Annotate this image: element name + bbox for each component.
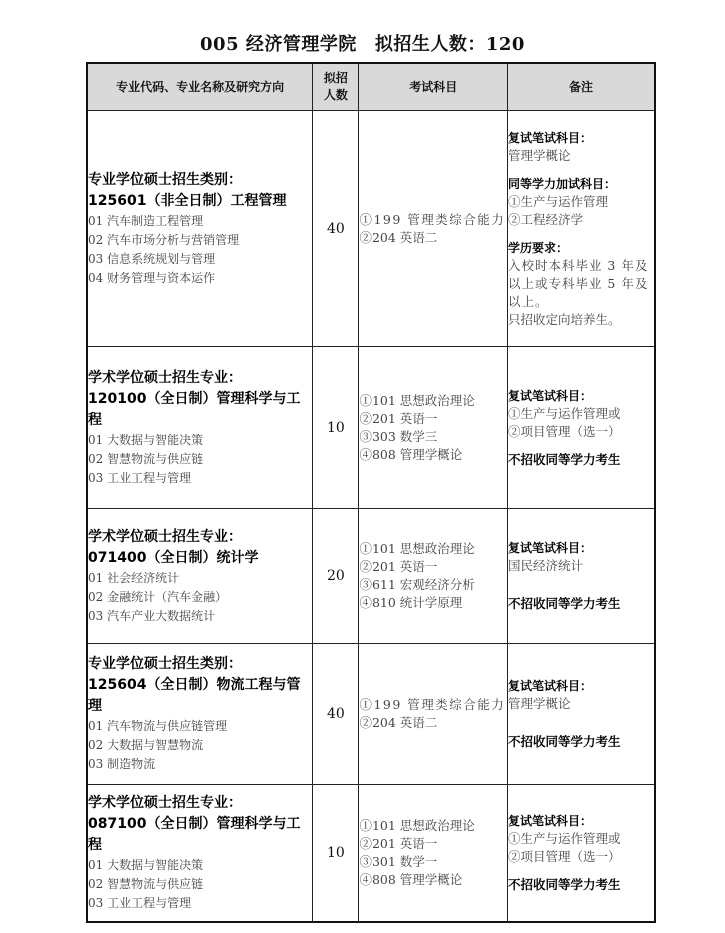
exam-cell: ①199 管理类综合能力 ②204 英语二: [359, 111, 508, 347]
retest-label: 复试笔试科目：: [508, 129, 654, 147]
college-name: 005 经济管理学院: [200, 34, 357, 55]
major-heading: 学术学位硕士招生专业：: [88, 368, 312, 389]
quota-cell: 40: [313, 644, 359, 785]
retest-label: 复试笔试科目：: [508, 387, 654, 405]
direction: 03 工业工程与管理: [88, 469, 312, 488]
direction: 04 财务管理与资本运作: [88, 269, 312, 288]
table-row: 专业学位硕士招生类别： 125601（非全日制）工程管理 01 汽车制造工程管理…: [87, 111, 655, 347]
direction: 01 大数据与智能决策: [88, 856, 312, 875]
exam-subject: ④808 管理学概论: [359, 871, 507, 889]
header-notes: 备注: [507, 63, 655, 111]
direction: 02 汽车市场分析与营销管理: [88, 231, 312, 250]
no-equiv-notice: 不招收同等学力考生: [508, 876, 654, 894]
exam-subject: ④808 管理学概论: [359, 446, 507, 464]
exam-subject: ②201 英语一: [359, 835, 507, 853]
enrollment-restriction: 只招收定向培养生。: [508, 311, 654, 329]
exam-cell: ①101 思想政治理论 ②201 英语一 ③303 数学三 ④808 管理学概论: [359, 347, 508, 509]
exam-cell: ①199 管理类综合能力 ②204 英语二: [359, 644, 508, 785]
major-code-name: 120100（全日制）管理科学与工程: [88, 389, 312, 431]
exam-subject: ③301 数学一: [359, 853, 507, 871]
major-heading: 学术学位硕士招生专业：: [88, 793, 312, 814]
edu-requirement: 入校时本科毕业 3 年及以上或专科毕业 5 年及以上。: [508, 257, 654, 311]
quota-cell: 20: [313, 509, 359, 644]
exam-subject: ②204 英语二: [359, 229, 507, 247]
exam-subject: ②201 英语一: [359, 410, 507, 428]
notes-cell: 复试笔试科目： 管理学概论 同等学力加试科目： ①生产与运作管理 ②工程经济学 …: [507, 111, 655, 347]
table-row: 学术学位硕士招生专业： 120100（全日制）管理科学与工程 01 大数据与智能…: [87, 347, 655, 509]
direction: 03 工业工程与管理: [88, 894, 312, 913]
page-title: 005 经济管理学院拟招生人数：120: [0, 30, 725, 56]
major-code-name: 125601（非全日制）工程管理: [88, 191, 312, 212]
quota-cell: 40: [313, 111, 359, 347]
no-equiv-notice: 不招收同等学力考生: [508, 595, 654, 613]
exam-subject: ③611 宏观经济分析: [359, 576, 507, 594]
edu-label: 学历要求：: [508, 239, 654, 257]
direction: 01 汽车制造工程管理: [88, 212, 312, 231]
header-major: 专业代码、专业名称及研究方向: [87, 63, 313, 111]
direction: 01 大数据与智能决策: [88, 431, 312, 450]
retest-label: 复试笔试科目：: [508, 812, 654, 830]
major-cell: 学术学位硕士招生专业： 071400（全日制）统计学 01 社会经济统计 02 …: [87, 509, 313, 644]
table-row: 学术学位硕士招生专业： 087100（全日制）管理科学与工程 01 大数据与智能…: [87, 785, 655, 922]
retest-subject: 管理学概论: [508, 695, 654, 713]
exam-subject: ①101 思想政治理论: [359, 540, 507, 558]
retest-label: 复试笔试科目：: [508, 539, 654, 557]
major-heading: 学术学位硕士招生专业：: [88, 527, 312, 548]
direction: 02 金融统计（汽车金融）: [88, 588, 312, 607]
retest-subject: ②项目管理（选一）: [508, 423, 654, 441]
exam-subject: ①101 思想政治理论: [359, 392, 507, 410]
table-row: 学术学位硕士招生专业： 071400（全日制）统计学 01 社会经济统计 02 …: [87, 509, 655, 644]
notes-cell: 复试笔试科目： 国民经济统计 不招收同等学力考生: [507, 509, 655, 644]
notes-cell: 复试笔试科目： ①生产与运作管理或 ②项目管理（选一） 不招收同等学力考生: [507, 785, 655, 922]
major-code-name: 125604（全日制）物流工程与管理: [88, 675, 312, 717]
equiv-subject: ①生产与运作管理: [508, 193, 654, 211]
major-cell: 学术学位硕士招生专业： 087100（全日制）管理科学与工程 01 大数据与智能…: [87, 785, 313, 922]
direction: 03 汽车产业大数据统计: [88, 607, 312, 626]
table-row: 专业学位硕士招生类别： 125604（全日制）物流工程与管理 01 汽车物流与供…: [87, 644, 655, 785]
direction: 02 智慧物流与供应链: [88, 875, 312, 894]
equiv-subject: ②工程经济学: [508, 211, 654, 229]
major-heading: 专业学位硕士招生类别：: [88, 654, 312, 675]
direction: 03 制造物流: [88, 755, 312, 774]
retest-subject: 管理学概论: [508, 147, 654, 165]
table-header-row: 专业代码、专业名称及研究方向 拟招人数 考试科目 备注: [87, 63, 655, 111]
major-cell: 学术学位硕士招生专业： 120100（全日制）管理科学与工程 01 大数据与智能…: [87, 347, 313, 509]
quota-cell: 10: [313, 785, 359, 922]
retest-subject: 国民经济统计: [508, 557, 654, 575]
direction: 01 汽车物流与供应链管理: [88, 717, 312, 736]
quota-cell: 10: [313, 347, 359, 509]
direction: 03 信息系统规划与管理: [88, 250, 312, 269]
enrollment-quota: 拟招生人数：120: [375, 34, 525, 55]
header-exams: 考试科目: [359, 63, 508, 111]
direction: 01 社会经济统计: [88, 569, 312, 588]
major-code-name: 087100（全日制）管理科学与工程: [88, 814, 312, 856]
no-equiv-notice: 不招收同等学力考生: [508, 733, 654, 751]
direction: 02 智慧物流与供应链: [88, 450, 312, 469]
exam-subject: ②204 英语二: [359, 714, 507, 732]
notes-cell: 复试笔试科目： ①生产与运作管理或 ②项目管理（选一） 不招收同等学力考生: [507, 347, 655, 509]
exam-subject: ④810 统计学原理: [359, 594, 507, 612]
admissions-table: 专业代码、专业名称及研究方向 拟招人数 考试科目 备注 专业学位硕士招生类别： …: [86, 62, 656, 923]
major-heading: 专业学位硕士招生类别：: [88, 170, 312, 191]
exam-subject: ③303 数学三: [359, 428, 507, 446]
exam-subject: ①199 管理类综合能力: [359, 696, 507, 714]
major-code-name: 071400（全日制）统计学: [88, 548, 312, 569]
retest-subject: ①生产与运作管理或: [508, 830, 654, 848]
retest-label: 复试笔试科目：: [508, 677, 654, 695]
exam-subject: ①199 管理类综合能力: [359, 211, 507, 229]
major-cell: 专业学位硕士招生类别： 125604（全日制）物流工程与管理 01 汽车物流与供…: [87, 644, 313, 785]
retest-subject: ②项目管理（选一）: [508, 848, 654, 866]
exam-subject: ②201 英语一: [359, 558, 507, 576]
direction: 02 大数据与智慧物流: [88, 736, 312, 755]
exam-subject: ①101 思想政治理论: [359, 817, 507, 835]
retest-subject: ①生产与运作管理或: [508, 405, 654, 423]
equiv-label: 同等学力加试科目：: [508, 175, 654, 193]
no-equiv-notice: 不招收同等学力考生: [508, 451, 654, 469]
notes-cell: 复试笔试科目： 管理学概论 不招收同等学力考生: [507, 644, 655, 785]
major-cell: 专业学位硕士招生类别： 125601（非全日制）工程管理 01 汽车制造工程管理…: [87, 111, 313, 347]
exam-cell: ①101 思想政治理论 ②201 英语一 ③611 宏观经济分析 ④810 统计…: [359, 509, 508, 644]
exam-cell: ①101 思想政治理论 ②201 英语一 ③301 数学一 ④808 管理学概论: [359, 785, 508, 922]
header-count: 拟招人数: [313, 63, 359, 111]
